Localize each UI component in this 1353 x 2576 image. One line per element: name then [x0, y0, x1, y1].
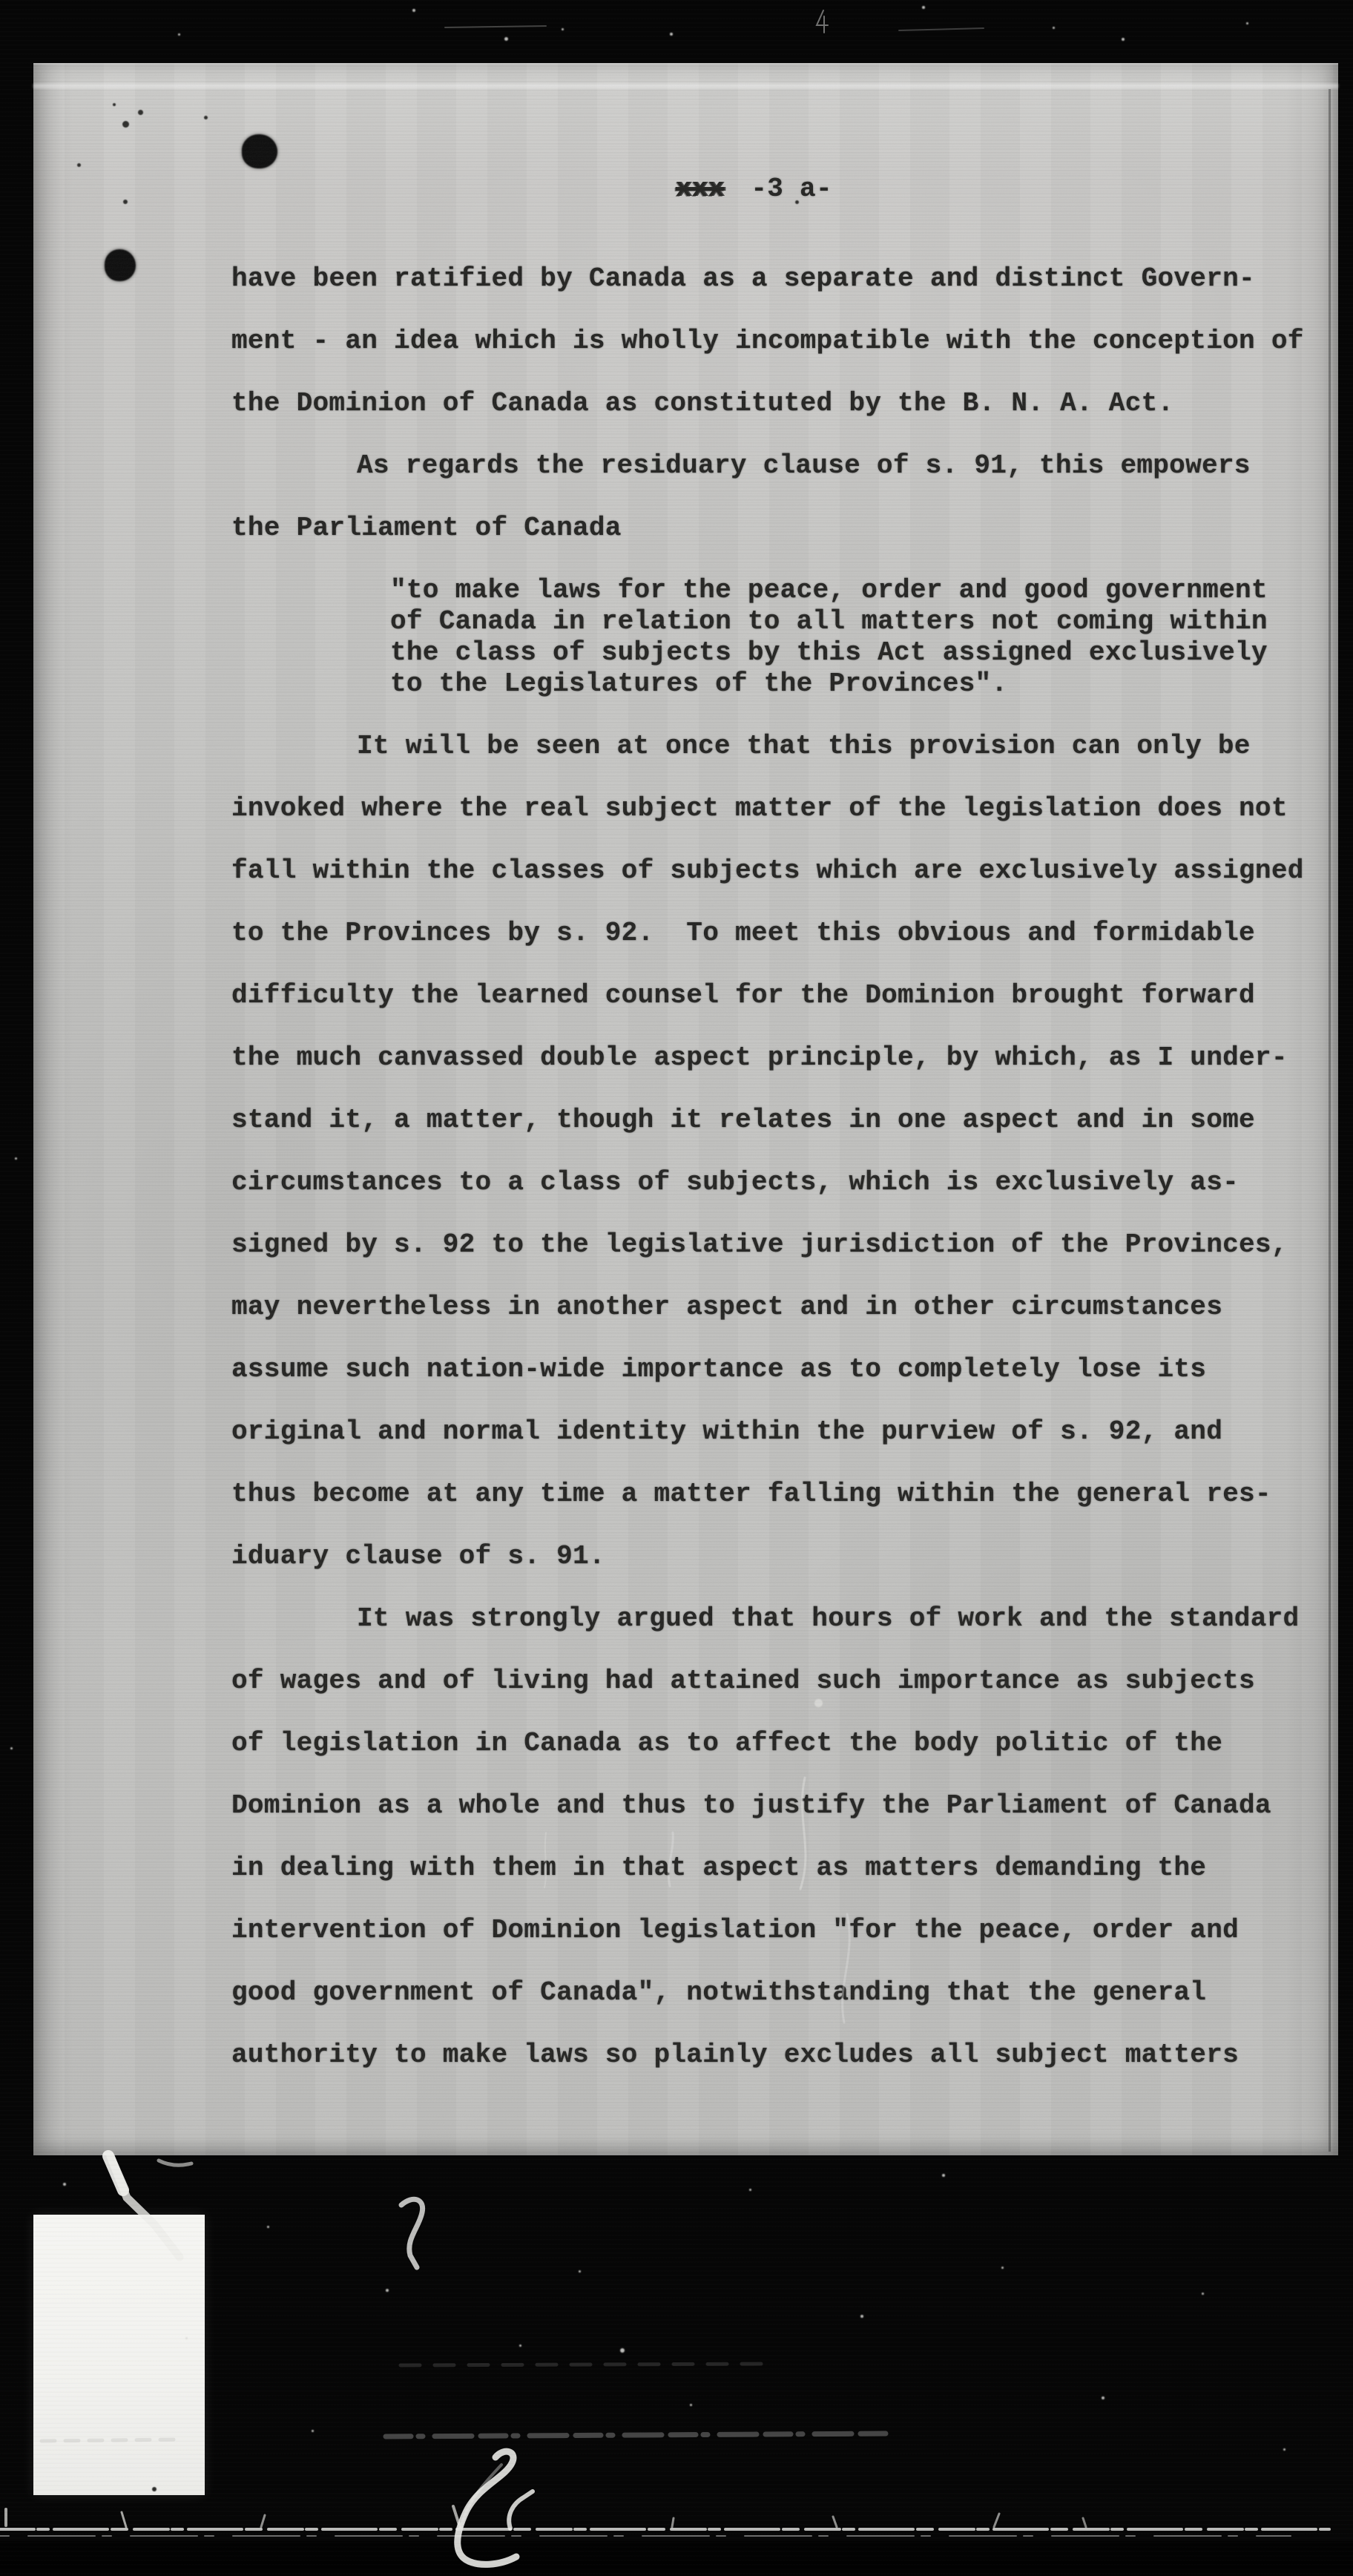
film-speck: [178, 33, 180, 36]
typewritten-line: stand it, a matter, though it relates in…: [231, 1107, 1255, 1134]
film-speck: [562, 28, 564, 30]
film-speck: [670, 33, 673, 36]
struck-out-text: xxx: [676, 174, 725, 204]
film-speck: [519, 2345, 521, 2347]
typewritten-line: It was strongly argued that hours of wor…: [357, 1606, 1299, 1632]
film-speck: [1001, 2267, 1004, 2269]
ink-speck: [204, 116, 208, 119]
film-speck: [1102, 2396, 1105, 2399]
typewritten-line: fall within the classes of subjects whic…: [231, 858, 1304, 884]
film-speck: [1053, 27, 1055, 29]
typewritten-line: original and normal identity within the …: [231, 1419, 1222, 1445]
ink-speck: [122, 121, 129, 128]
film-speck: [185, 2337, 188, 2339]
film-speck: [312, 2430, 314, 2432]
film-speck: [1122, 38, 1125, 41]
film-speck: [10, 1747, 13, 1749]
typewritten-line: difficulty the learned counsel for the D…: [231, 982, 1255, 1009]
ink-speck: [77, 163, 81, 167]
film-speck: [922, 6, 925, 9]
typewritten-line: signed by s. 92 to the legislative juris…: [231, 1232, 1288, 1258]
film-speck: [942, 2174, 945, 2177]
typewritten-line: circumstances to a class of subjects, wh…: [231, 1169, 1239, 1196]
typewritten-line: authority to make laws so plainly exclud…: [231, 2042, 1239, 2069]
film-speck: [579, 2270, 581, 2273]
typewritten-line: Dominion as a whole and thus to justify …: [231, 1793, 1271, 1819]
typewritten-line: have been ratified by Canada as a separa…: [231, 266, 1255, 292]
typewritten-line: intervention of Dominion legislation "fo…: [231, 1917, 1239, 1944]
film-bottom-strip: [0, 2541, 1353, 2576]
typewritten-line: "to make laws for the peace, order and g…: [390, 577, 1268, 604]
typewritten-line: thus become at any time a matter falling…: [231, 1481, 1271, 1508]
paper-highlight-band: [33, 84, 1338, 88]
typewritten-line: iduary clause of s. 91.: [231, 1543, 605, 1570]
typewritten-line: of Canada in relation to all matters not…: [390, 608, 1268, 635]
typewritten-line: good government of Canada", notwithstand…: [231, 1979, 1206, 2006]
ink-speck: [113, 103, 116, 106]
film-speck: [386, 2289, 389, 2292]
page-number: -3 a-: [751, 174, 832, 204]
typewritten-line: As regards the residuary clause of s. 91…: [357, 453, 1251, 479]
film-speck: [15, 1157, 17, 1160]
typewritten-line: ment - an idea which is wholly incompati…: [231, 328, 1304, 355]
paper-right-edge: [1329, 89, 1331, 2152]
ink-speck: [795, 200, 799, 204]
typewritten-line: the class of subjects by this Act assign…: [390, 640, 1268, 666]
typewritten-line: of legislation in Canada as to affect th…: [231, 1730, 1222, 1757]
film-speck: [1246, 22, 1248, 24]
film-speck: [267, 2226, 269, 2228]
typewritten-line: in dealing with them in that aspect as m…: [231, 1855, 1206, 1882]
ink-speck: [123, 200, 128, 204]
page-header: xxx-3 a-: [610, 143, 832, 234]
typewritten-line: the Dominion of Canada as constituted by…: [231, 390, 1173, 417]
ink-speck: [138, 110, 143, 115]
ink-speck: [152, 2487, 157, 2491]
typewritten-line: assume such nation-wide importance as to…: [231, 1356, 1206, 1383]
typewritten-line: It will be seen at once that this provis…: [357, 733, 1251, 760]
typewritten-line: invoked where the real subject matter of…: [231, 795, 1288, 822]
film-speck: [749, 2189, 751, 2191]
film-speck: [620, 2348, 625, 2353]
typewritten-line: of wages and of living had attained such…: [231, 1668, 1255, 1695]
typewritten-line: the much canvassed double aspect princip…: [231, 1045, 1288, 1071]
ink-blot: [105, 249, 136, 281]
film-speck: [1202, 2293, 1204, 2295]
film-speck: [504, 37, 508, 41]
film-speck: [860, 2315, 863, 2318]
typewritten-line: may nevertheless in another aspect and i…: [231, 1294, 1222, 1321]
film-label-card: [33, 2215, 205, 2495]
film-speck: [814, 1699, 823, 1707]
typewritten-line: to the Provinces by s. 92. To meet this …: [231, 920, 1255, 947]
film-speck: [690, 2404, 692, 2406]
ink-blot: [242, 134, 277, 168]
film-speck: [1283, 2448, 1285, 2451]
typewritten-line: the Parliament of Canada: [231, 515, 622, 542]
film-speck: [412, 9, 415, 12]
typewritten-line: to the Legislatures of the Provinces".: [390, 671, 1007, 697]
film-frame: xxx-3 a- have been ratified by Canada as…: [0, 0, 1353, 2576]
film-speck: [63, 2183, 66, 2186]
